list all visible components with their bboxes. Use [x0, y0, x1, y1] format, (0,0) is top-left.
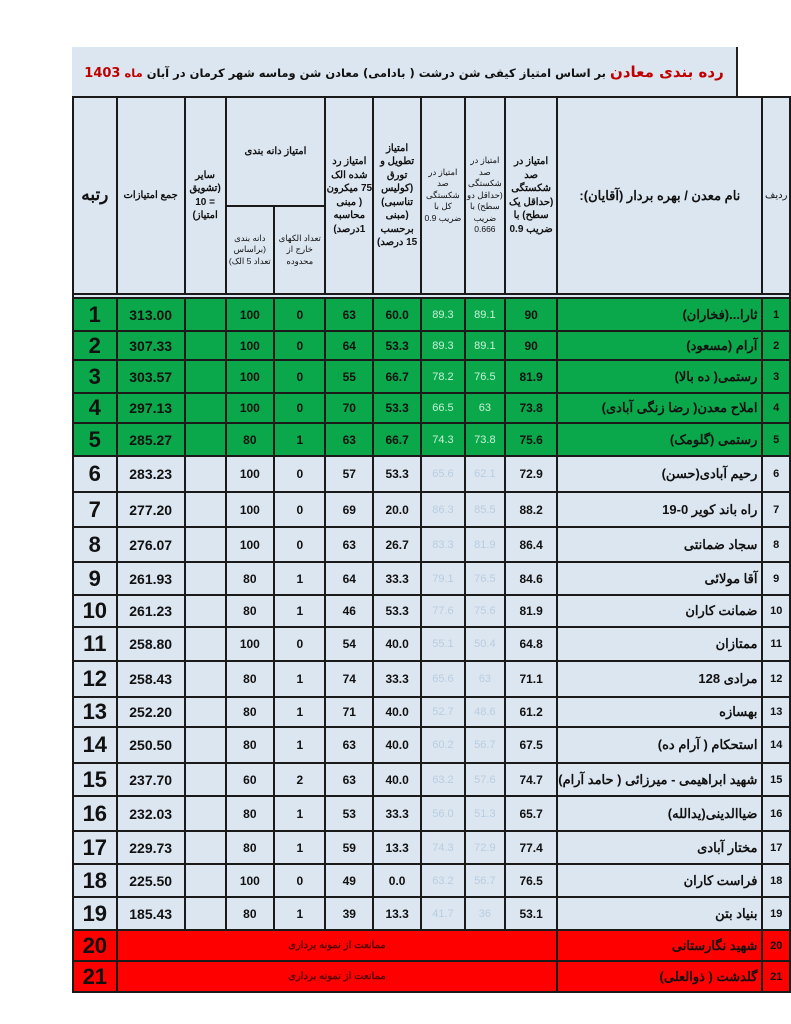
grading-score-cell: 80: [226, 697, 275, 727]
other-score-cell: [185, 831, 226, 864]
total-score-cell: 303.57: [117, 360, 185, 393]
mine-name-cell: رستمی (گلومک): [557, 423, 762, 456]
elongation-cell: 0.0: [373, 864, 421, 897]
out-of-range-cell: 0: [274, 360, 325, 393]
breakage-total-cell: 65.6: [421, 456, 465, 492]
rank-cell: 12: [73, 661, 117, 697]
row-number-cell: 4: [762, 393, 790, 423]
mine-name-cell: ضمانت کاران: [557, 595, 762, 627]
breakage-total-cell: 63.2: [421, 864, 465, 897]
mine-name-cell: گلدشت ( ذوالعلی): [557, 961, 762, 992]
rank-cell: 21: [73, 961, 117, 992]
title-description: بر اساس امتیاز کیفی شن درشت ( بادامی) مع…: [143, 66, 610, 80]
passing-75-cell: 46: [325, 595, 373, 627]
title-main: رده بندی معادن: [610, 63, 724, 81]
passing-75-cell: 63: [325, 423, 373, 456]
passing-75-cell: 69: [325, 492, 373, 527]
grading-score-cell: 100: [226, 492, 275, 527]
mine-name-cell: رحیم آبادی(حسن): [557, 456, 762, 492]
grading-score-cell: 80: [226, 727, 275, 763]
breakage-one-face-cell: 65.7: [505, 796, 557, 831]
elongation-cell: 60.0: [373, 298, 421, 331]
breakage-one-face-cell: 81.9: [505, 595, 557, 627]
breakage-two-face-cell: 56.7: [465, 864, 505, 897]
elongation-cell: 53.3: [373, 393, 421, 423]
header-breakage-two-face: امتیاز در صد شکستگی (حداقل دو سطح) با ضر…: [465, 97, 505, 294]
passing-75-cell: 70: [325, 393, 373, 423]
passing-75-cell: 63: [325, 298, 373, 331]
mine-name-cell: املاح معدن( رضا زنگی آبادی): [557, 393, 762, 423]
breakage-two-face-cell: 51.3: [465, 796, 505, 831]
mine-name-cell: ثارا...(فخاران): [557, 298, 762, 331]
grading-score-cell: 80: [226, 796, 275, 831]
grading-score-cell: 80: [226, 595, 275, 627]
breakage-two-face-cell: 89.1: [465, 331, 505, 360]
rank-cell: 9: [73, 562, 117, 595]
table-row: 10 261.23 80 1 46 53.3 77.6 75.6 81.9 ضم…: [73, 595, 790, 627]
row-number-cell: 21: [762, 961, 790, 992]
total-score-cell: 313.00: [117, 298, 185, 331]
passing-75-cell: 64: [325, 331, 373, 360]
breakage-two-face-cell: 48.6: [465, 697, 505, 727]
breakage-total-cell: 78.2: [421, 360, 465, 393]
rank-cell: 3: [73, 360, 117, 393]
other-score-cell: [185, 393, 226, 423]
elongation-cell: 66.7: [373, 360, 421, 393]
rank-cell: 20: [73, 930, 117, 961]
out-of-range-cell: 1: [274, 423, 325, 456]
elongation-cell: 13.3: [373, 831, 421, 864]
grading-score-cell: 80: [226, 661, 275, 697]
table-row: 19 185.43 80 1 39 13.3 41.7 36 53.1 بنیا…: [73, 897, 790, 930]
mine-name-cell: مختار آبادی: [557, 831, 762, 864]
breakage-total-cell: 56.0: [421, 796, 465, 831]
header-grading-5-sieve: دانه بندی (براساس تعداد 5 الک): [226, 206, 275, 294]
rank-cell: 11: [73, 627, 117, 661]
out-of-range-cell: 1: [274, 661, 325, 697]
row-number-cell: 12: [762, 661, 790, 697]
total-score-cell: 261.23: [117, 595, 185, 627]
row-number-cell: 18: [762, 864, 790, 897]
grading-score-cell: 100: [226, 864, 275, 897]
other-score-cell: [185, 864, 226, 897]
rank-cell: 8: [73, 527, 117, 562]
elongation-cell: 40.0: [373, 697, 421, 727]
row-number-cell: 3: [762, 360, 790, 393]
row-number-cell: 10: [762, 595, 790, 627]
elongation-cell: 53.3: [373, 331, 421, 360]
breakage-two-face-cell: 62.1: [465, 456, 505, 492]
header-row-no: ردیف: [762, 97, 790, 294]
grading-score-cell: 60: [226, 763, 275, 796]
elongation-cell: 66.7: [373, 423, 421, 456]
rank-cell: 15: [73, 763, 117, 796]
elongation-cell: 33.3: [373, 661, 421, 697]
total-score-cell: 297.13: [117, 393, 185, 423]
table-row: 12 258.43 80 1 74 33.3 65.6 63 71.1 مراد…: [73, 661, 790, 697]
rank-cell: 2: [73, 331, 117, 360]
total-score-cell: 258.43: [117, 661, 185, 697]
grading-score-cell: 100: [226, 298, 275, 331]
sampling-prevented-note: ممانعت از نمونه برداری: [117, 961, 558, 992]
total-score-cell: 285.27: [117, 423, 185, 456]
total-score-cell: 232.03: [117, 796, 185, 831]
rank-cell: 16: [73, 796, 117, 831]
grading-score-cell: 80: [226, 897, 275, 930]
rank-cell: 18: [73, 864, 117, 897]
table-row: 17 229.73 80 1 59 13.3 74.3 72.9 77.4 مخ…: [73, 831, 790, 864]
mine-name-cell: ممتازان: [557, 627, 762, 661]
row-number-cell: 13: [762, 697, 790, 727]
passing-75-cell: 49: [325, 864, 373, 897]
passing-75-cell: 57: [325, 456, 373, 492]
mine-name-cell: مرادی 128: [557, 661, 762, 697]
total-score-cell: 237.70: [117, 763, 185, 796]
title-month-label: ماه: [120, 66, 142, 80]
grading-score-cell: 100: [226, 393, 275, 423]
out-of-range-cell: 0: [274, 456, 325, 492]
elongation-cell: 40.0: [373, 763, 421, 796]
passing-75-cell: 54: [325, 627, 373, 661]
breakage-one-face-cell: 61.2: [505, 697, 557, 727]
row-number-cell: 11: [762, 627, 790, 661]
elongation-cell: 33.3: [373, 796, 421, 831]
table-row: 3 303.57 100 0 55 66.7 78.2 76.5 81.9 رس…: [73, 360, 790, 393]
breakage-two-face-cell: 56.7: [465, 727, 505, 763]
breakage-total-cell: 60.2: [421, 727, 465, 763]
total-score-cell: 185.43: [117, 897, 185, 930]
row-number-cell: 9: [762, 562, 790, 595]
rank-cell: 5: [73, 423, 117, 456]
header-grading-group: امتیاز دانه بندی: [226, 97, 326, 206]
breakage-total-cell: 89.3: [421, 331, 465, 360]
grading-score-cell: 100: [226, 360, 275, 393]
breakage-one-face-cell: 67.5: [505, 727, 557, 763]
breakage-one-face-cell: 88.2: [505, 492, 557, 527]
row-number-cell: 17: [762, 831, 790, 864]
grading-score-cell: 100: [226, 456, 275, 492]
total-score-cell: 258.80: [117, 627, 185, 661]
table-row: 9 261.93 80 1 64 33.3 79.1 76.5 84.6 آقا…: [73, 562, 790, 595]
mine-name-cell: رستمی( ده بالا): [557, 360, 762, 393]
mine-name-cell: فراست کاران: [557, 864, 762, 897]
elongation-cell: 33.3: [373, 562, 421, 595]
passing-75-cell: 64: [325, 562, 373, 595]
breakage-one-face-cell: 84.6: [505, 562, 557, 595]
other-score-cell: [185, 456, 226, 492]
excluded-row: 20 ممانعت از نمونه برداری شهید نگارستانی…: [73, 930, 790, 961]
header-name: نام معدن / بهره بردار (آقایان):: [557, 97, 762, 294]
table-row: 7 277.20 100 0 69 20.0 86.3 85.5 88.2 را…: [73, 492, 790, 527]
breakage-total-cell: 52.7: [421, 697, 465, 727]
total-score-cell: 283.23: [117, 456, 185, 492]
table-row: 6 283.23 100 0 57 53.3 65.6 62.1 72.9 رح…: [73, 456, 790, 492]
breakage-two-face-cell: 89.1: [465, 298, 505, 331]
row-number-cell: 16: [762, 796, 790, 831]
breakage-two-face-cell: 76.5: [465, 562, 505, 595]
passing-75-cell: 63: [325, 527, 373, 562]
out-of-range-cell: 1: [274, 595, 325, 627]
table-row: 5 285.27 80 1 63 66.7 74.3 73.8 75.6 رست…: [73, 423, 790, 456]
breakage-one-face-cell: 76.5: [505, 864, 557, 897]
grading-score-cell: 100: [226, 331, 275, 360]
table-row: 11 258.80 100 0 54 40.0 55.1 50.4 64.8 م…: [73, 627, 790, 661]
rank-cell: 4: [73, 393, 117, 423]
other-score-cell: [185, 492, 226, 527]
elongation-cell: 20.0: [373, 492, 421, 527]
other-score-cell: [185, 796, 226, 831]
row-number-cell: 14: [762, 727, 790, 763]
other-score-cell: [185, 527, 226, 562]
breakage-total-cell: 63.2: [421, 763, 465, 796]
out-of-range-cell: 0: [274, 627, 325, 661]
row-number-cell: 20: [762, 930, 790, 961]
passing-75-cell: 55: [325, 360, 373, 393]
header-breakage-one-face: امتیاز در صد شکستگی (حداقل یک سطح) با ضر…: [505, 97, 557, 294]
elongation-cell: 53.3: [373, 456, 421, 492]
other-score-cell: [185, 697, 226, 727]
other-score-cell: [185, 562, 226, 595]
breakage-one-face-cell: 77.4: [505, 831, 557, 864]
out-of-range-cell: 1: [274, 562, 325, 595]
other-score-cell: [185, 298, 226, 331]
total-score-cell: 225.50: [117, 864, 185, 897]
header-total: جمع امتیازات: [117, 97, 185, 294]
breakage-two-face-cell: 57.6: [465, 763, 505, 796]
table-row: 2 307.33 100 0 64 53.3 89.3 89.1 90 آرام…: [73, 331, 790, 360]
rank-cell: 1: [73, 298, 117, 331]
other-score-cell: [185, 595, 226, 627]
total-score-cell: 307.33: [117, 331, 185, 360]
out-of-range-cell: 0: [274, 331, 325, 360]
breakage-two-face-cell: 85.5: [465, 492, 505, 527]
passing-75-cell: 53: [325, 796, 373, 831]
breakage-one-face-cell: 86.4: [505, 527, 557, 562]
total-score-cell: 250.50: [117, 727, 185, 763]
table-row: 8 276.07 100 0 63 26.7 83.3 81.9 86.4 سج…: [73, 527, 790, 562]
breakage-two-face-cell: 63: [465, 661, 505, 697]
sampling-prevented-note: ممانعت از نمونه برداری: [117, 930, 558, 961]
mine-name-cell: بهسازه: [557, 697, 762, 727]
breakage-total-cell: 41.7: [421, 897, 465, 930]
row-number-cell: 15: [762, 763, 790, 796]
grading-score-cell: 80: [226, 562, 275, 595]
table-row: 15 237.70 60 2 63 40.0 63.2 57.6 74.7 شه…: [73, 763, 790, 796]
passing-75-cell: 39: [325, 897, 373, 930]
passing-75-cell: 74: [325, 661, 373, 697]
mine-name-cell: ضیاالدینی(یدالله): [557, 796, 762, 831]
breakage-total-cell: 77.6: [421, 595, 465, 627]
total-score-cell: 277.20: [117, 492, 185, 527]
breakage-total-cell: 86.3: [421, 492, 465, 527]
out-of-range-cell: 2: [274, 763, 325, 796]
row-number-cell: 7: [762, 492, 790, 527]
rank-cell: 10: [73, 595, 117, 627]
rank-cell: 19: [73, 897, 117, 930]
breakage-two-face-cell: 63: [465, 393, 505, 423]
out-of-range-cell: 1: [274, 697, 325, 727]
breakage-two-face-cell: 36: [465, 897, 505, 930]
excluded-row: 21 ممانعت از نمونه برداری گلدشت ( ذوالعل…: [73, 961, 790, 992]
row-number-cell: 1: [762, 298, 790, 331]
out-of-range-cell: 1: [274, 831, 325, 864]
breakage-two-face-cell: 76.5: [465, 360, 505, 393]
table-row: 14 250.50 80 1 63 40.0 60.2 56.7 67.5 اس…: [73, 727, 790, 763]
mine-name-cell: سجاد ضمانتی: [557, 527, 762, 562]
table-row: 1 313.00 100 0 63 60.0 89.3 89.1 90 ثارا…: [73, 298, 790, 331]
out-of-range-cell: 0: [274, 527, 325, 562]
breakage-total-cell: 79.1: [421, 562, 465, 595]
header-other: سایر (تشویق = 10 امتیاز): [185, 97, 226, 294]
ranking-rows: 1 313.00 100 0 63 60.0 89.3 89.1 90 ثارا…: [73, 298, 790, 992]
breakage-total-cell: 55.1: [421, 627, 465, 661]
total-score-cell: 252.20: [117, 697, 185, 727]
mine-name-cell: آرام (مسعود): [557, 331, 762, 360]
header-elongation: امتیاز تطویل و تورق (کولیس تناسبی) (مبنی…: [373, 97, 421, 294]
out-of-range-cell: 0: [274, 298, 325, 331]
breakage-total-cell: 65.6: [421, 661, 465, 697]
other-score-cell: [185, 897, 226, 930]
other-score-cell: [185, 763, 226, 796]
rank-cell: 13: [73, 697, 117, 727]
row-number-cell: 5: [762, 423, 790, 456]
table-row: 13 252.20 80 1 71 40.0 52.7 48.6 61.2 به…: [73, 697, 790, 727]
row-number-cell: 6: [762, 456, 790, 492]
out-of-range-cell: 0: [274, 864, 325, 897]
header-sieves-out-of-range: تعداد الکهای خارج از محدوده: [274, 206, 325, 294]
ranking-table: رتبه جمع امتیازات سایر (تشویق = 10 امتیا…: [72, 96, 791, 993]
breakage-one-face-cell: 73.8: [505, 393, 557, 423]
other-score-cell: [185, 661, 226, 697]
breakage-two-face-cell: 72.9: [465, 831, 505, 864]
grading-score-cell: 80: [226, 831, 275, 864]
report-title: رده بندی معادن بر اساس امتیاز کیفی شن در…: [72, 63, 736, 81]
mine-name-cell: بنیاد بتن: [557, 897, 762, 930]
breakage-one-face-cell: 90: [505, 331, 557, 360]
mine-name-cell: استحکام ( آرام ده): [557, 727, 762, 763]
breakage-two-face-cell: 50.4: [465, 627, 505, 661]
breakage-two-face-cell: 81.9: [465, 527, 505, 562]
table-row: 16 232.03 80 1 53 33.3 56.0 51.3 65.7 ضی…: [73, 796, 790, 831]
mine-name-cell: شهید نگارستانی: [557, 930, 762, 961]
row-number-cell: 8: [762, 527, 790, 562]
elongation-cell: 40.0: [373, 727, 421, 763]
grading-score-cell: 100: [226, 627, 275, 661]
out-of-range-cell: 1: [274, 897, 325, 930]
out-of-range-cell: 1: [274, 727, 325, 763]
rank-cell: 14: [73, 727, 117, 763]
total-score-cell: 261.93: [117, 562, 185, 595]
mine-name-cell: آقا مولائی: [557, 562, 762, 595]
header-passing-75: امتیاز رد شده الک 75 میکرون ( مبنی محاسب…: [325, 97, 373, 294]
breakage-one-face-cell: 72.9: [505, 456, 557, 492]
rank-cell: 7: [73, 492, 117, 527]
out-of-range-cell: 0: [274, 393, 325, 423]
breakage-one-face-cell: 64.8: [505, 627, 557, 661]
breakage-one-face-cell: 81.9: [505, 360, 557, 393]
rank-cell: 17: [73, 831, 117, 864]
other-score-cell: [185, 360, 226, 393]
elongation-cell: 26.7: [373, 527, 421, 562]
breakage-total-cell: 74.3: [421, 831, 465, 864]
grading-score-cell: 80: [226, 423, 275, 456]
other-score-cell: [185, 627, 226, 661]
out-of-range-cell: 0: [274, 492, 325, 527]
mine-name-cell: راه باند کویر 0-19: [557, 492, 762, 527]
passing-75-cell: 63: [325, 763, 373, 796]
breakage-one-face-cell: 75.6: [505, 423, 557, 456]
elongation-cell: 53.3: [373, 595, 421, 627]
breakage-one-face-cell: 90: [505, 298, 557, 331]
breakage-two-face-cell: 75.6: [465, 595, 505, 627]
breakage-one-face-cell: 53.1: [505, 897, 557, 930]
total-score-cell: 229.73: [117, 831, 185, 864]
mine-name-cell: شهید ابراهیمی - میرزائی ( حامد آرام): [557, 763, 762, 796]
total-score-cell: 276.07: [117, 527, 185, 562]
breakage-total-cell: 89.3: [421, 298, 465, 331]
breakage-total-cell: 83.3: [421, 527, 465, 562]
grading-score-cell: 100: [226, 527, 275, 562]
passing-75-cell: 59: [325, 831, 373, 864]
table-row: 4 297.13 100 0 70 53.3 66.5 63 73.8 املا…: [73, 393, 790, 423]
elongation-cell: 40.0: [373, 627, 421, 661]
breakage-total-cell: 66.5: [421, 393, 465, 423]
breakage-one-face-cell: 74.7: [505, 763, 557, 796]
other-score-cell: [185, 331, 226, 360]
breakage-total-cell: 74.3: [421, 423, 465, 456]
report-title-bar: رده بندی معادن بر اساس امتیاز کیفی شن در…: [72, 47, 738, 96]
title-year: 1403: [84, 66, 120, 81]
other-score-cell: [185, 423, 226, 456]
row-number-cell: 2: [762, 331, 790, 360]
header-rank: رتبه: [73, 97, 117, 294]
rank-cell: 6: [73, 456, 117, 492]
other-score-cell: [185, 727, 226, 763]
row-number-cell: 19: [762, 897, 790, 930]
elongation-cell: 13.3: [373, 897, 421, 930]
table-row: 18 225.50 100 0 49 0.0 63.2 56.7 76.5 فر…: [73, 864, 790, 897]
out-of-range-cell: 1: [274, 796, 325, 831]
passing-75-cell: 71: [325, 697, 373, 727]
breakage-one-face-cell: 71.1: [505, 661, 557, 697]
breakage-two-face-cell: 73.8: [465, 423, 505, 456]
passing-75-cell: 63: [325, 727, 373, 763]
header-breakage-total: امتیاز در صد شکستگی کل با ضریب 0.9: [421, 97, 465, 294]
